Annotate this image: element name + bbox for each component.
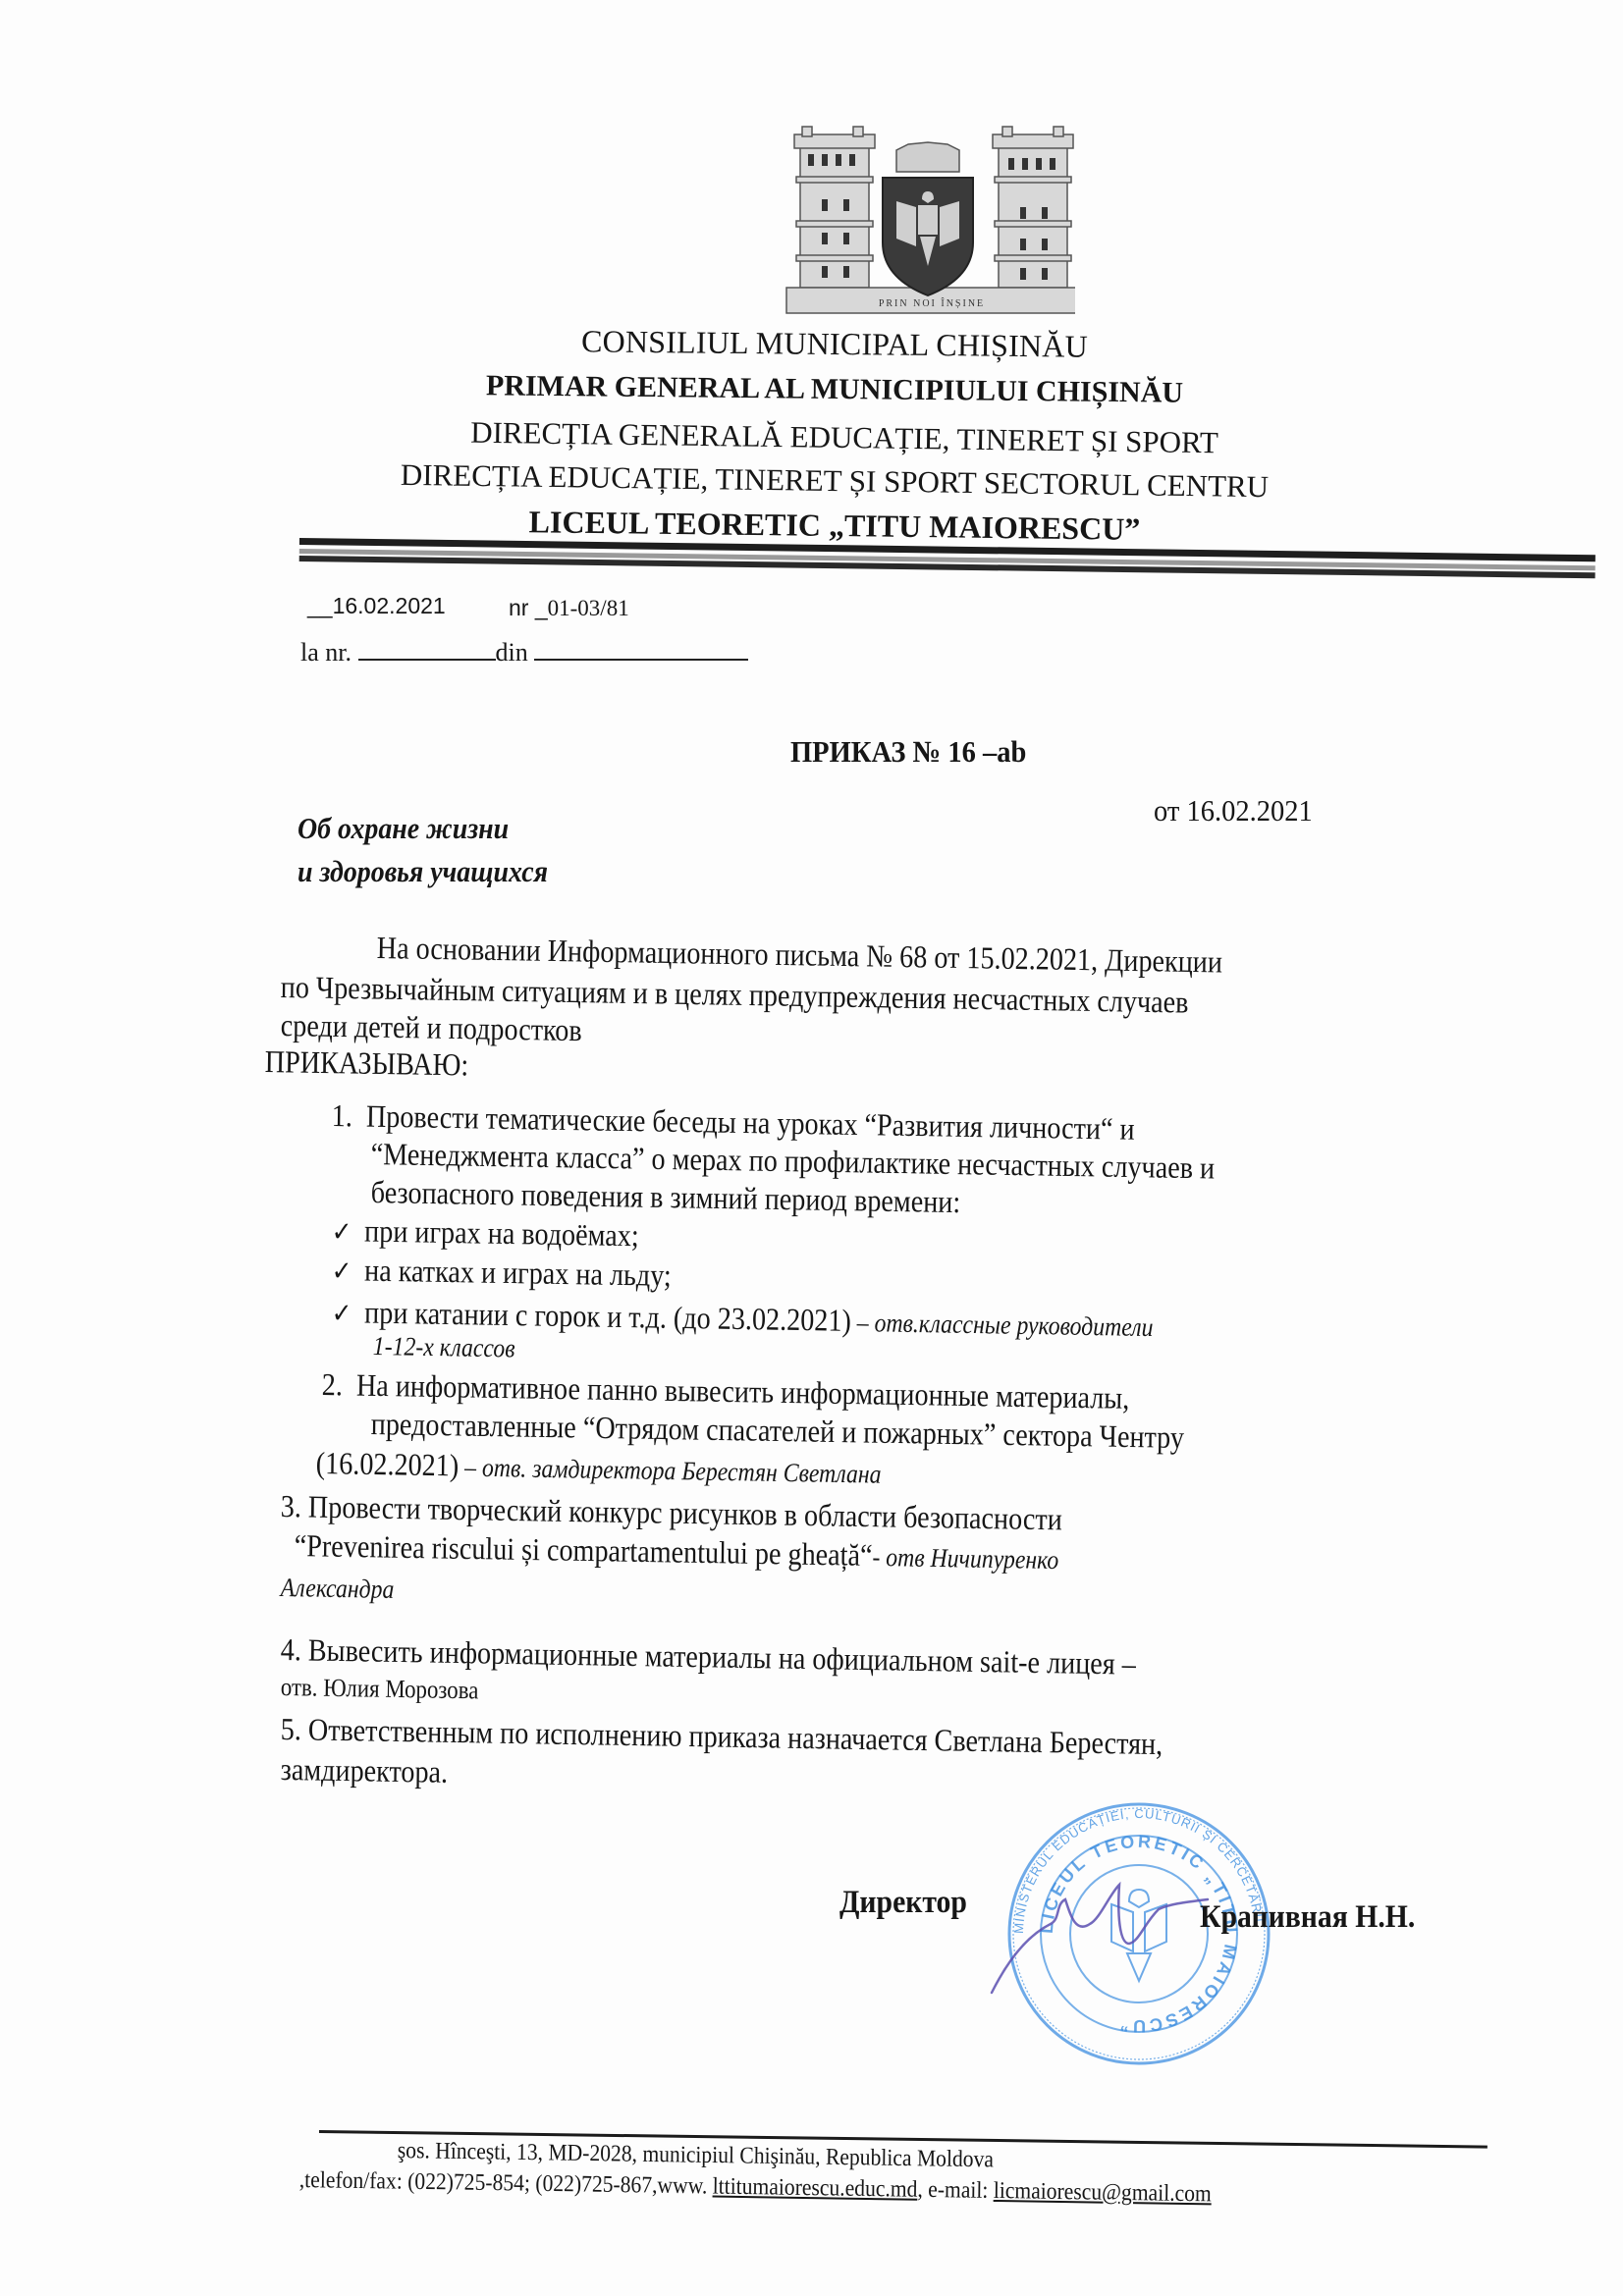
item-5-line: замдиректора. [281,1751,449,1790]
order-subject: Об охране жизни и здоровья учащихся [298,807,548,893]
item-2-line: (16.02.2021) – отв. замдиректора Берестя… [316,1445,882,1491]
responsible-person: – отв. замдиректора Берестян Светлана [459,1452,882,1488]
decree-word: ПРИКАЗЫВАЮ: [265,1043,469,1083]
header-divider [299,538,1596,588]
item-number: 1. [332,1097,367,1135]
email-link[interactable]: licmaiorescu@gmail.com [994,2178,1212,2207]
reference-line: la nr. din [300,638,748,667]
svg-text:PRIN NOI ÎNȘINE: PRIN NOI ÎNȘINE [879,297,985,309]
checkmark-icon: ✓ [332,1215,365,1250]
registration-number-value: 01-03/81 [548,596,629,620]
responsible-person: отв. Юлия Морозова [281,1673,479,1705]
handwritten-signature [972,1865,1227,2002]
item-1-line: безопасного поведения в зимний период вр… [371,1174,961,1220]
responsible-person: - отв Ничипуренко [872,1542,1058,1575]
order-date: от 16.02.2021 [1154,793,1313,828]
din-label: din [496,638,528,667]
responsible-person: – отв.классные руководители [851,1308,1154,1342]
responsible-person-wrap: 1-12-х классов [373,1331,515,1363]
sector-directorate-name: DIRECȚIA EDUCAȚIE, TINERET ȘI SPORT SECT… [295,455,1375,506]
registration-number: nr _01-03/81 [509,595,629,621]
signatory-name: Крапивная Н.Н. [1200,1899,1415,1936]
la-nr-blank [358,659,496,661]
checkmark-icon: ✓ [332,1255,365,1289]
la-nr-label: la nr. [300,638,352,667]
subject-line: Об охране жизни [298,807,548,850]
email-label: , e-mail: [917,2177,994,2204]
intro-line: среди детей и подростков [281,1007,582,1048]
phone-fax: ,telefon/fax: (022)725-854; (022)725-867… [299,2167,713,2200]
order-title: ПРИКАЗ № 16 –ab [790,734,1026,770]
signatory-title: Директор [839,1885,967,1921]
website-link[interactable]: lttitumaiorescu.educ.md [713,2174,918,2203]
registration-date: __16.02.2021 [307,593,446,619]
city-emblem-icon: PRIN NOI ÎNȘINE [781,123,1075,319]
din-blank [534,659,748,661]
check-item: ✓при играх на водоёмах; [332,1212,639,1254]
item-number: 2. [322,1366,357,1404]
check-item: ✓на катках и играх на льду; [332,1252,672,1294]
general-directorate-name: DIRECȚIA GENERALĂ EDUCAȚIE, TINERET ȘI S… [304,412,1384,462]
footer-contact: ,telefon/fax: (022)725-854; (022)725-867… [299,2167,1212,2208]
subject-line: и здоровья учащихся [298,850,548,893]
mayor-office-name: PRIMAR GENERAL AL MUNICIPIULUI CHIȘINĂU [295,367,1375,412]
responsible-person-wrap: Александра [281,1573,395,1605]
registration-number-label: nr _ [509,595,548,620]
footer-address: şos. Hînceşti, 13, MD-2028, municipiul C… [398,2138,994,2173]
council-name: CONSILIUL MUNICIPAL CHIȘINĂU [295,320,1375,368]
checkmark-icon: ✓ [332,1297,365,1331]
